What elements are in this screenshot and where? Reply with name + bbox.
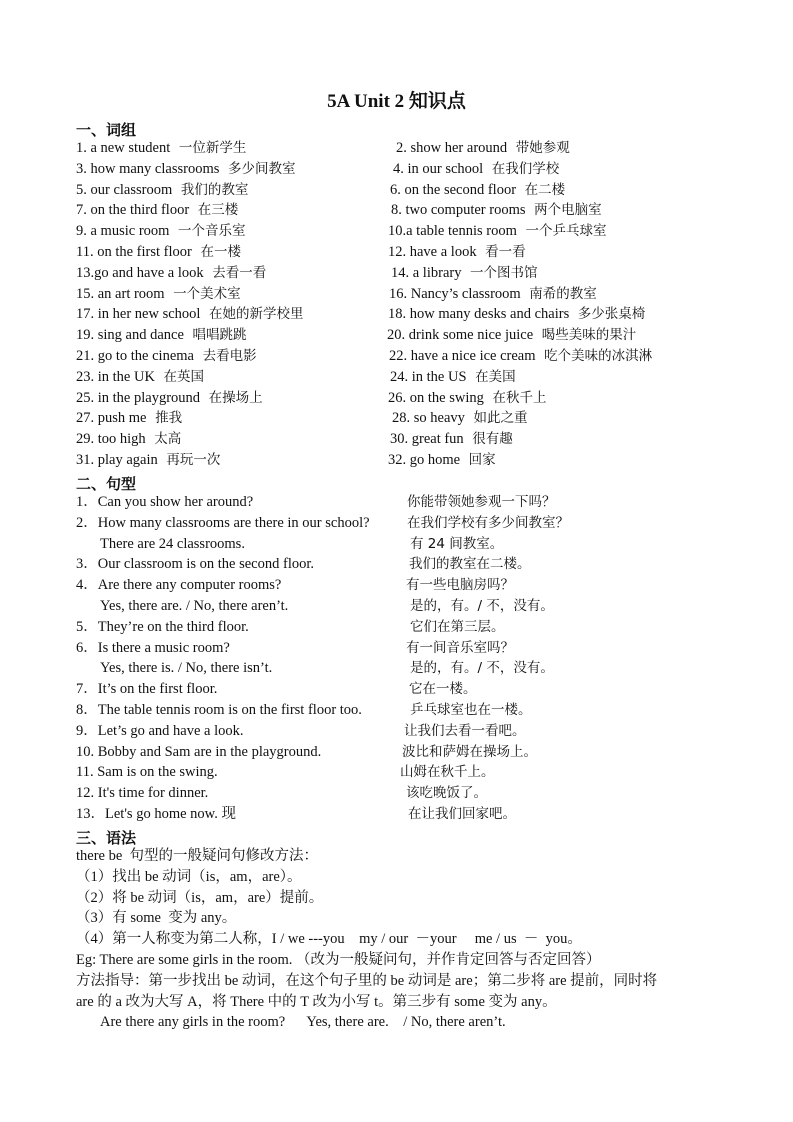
grammar-line: （2）将 be 动词（is，am，are）提前。 — [76, 889, 323, 907]
sentence-chinese: 波比和萨姆在操场上。 — [402, 743, 537, 761]
phrase-item: 29. too high 太高 — [76, 430, 181, 448]
phrase-item-chinese: 一个音乐室 — [169, 223, 245, 239]
sentence-chinese: 在让我们回家吧。 — [408, 805, 516, 823]
phrase-item: 16. Nancy’s classroom 南希的教室 — [389, 285, 597, 303]
phrase-item: 9. a music room 一个音乐室 — [76, 222, 246, 240]
sentence-item: 8．The table tennis room is on the first … — [76, 701, 793, 719]
sentence-english: Yes, there are. / No, there aren’t. — [100, 598, 288, 614]
sentence-english: 1．Can you show her around? — [76, 494, 253, 510]
phrase-item-chinese: 一位新学生 — [170, 140, 246, 156]
sentence-chinese: 是的，有。/ 不，没有。 — [410, 597, 554, 615]
sentence-chinese: 它们在第三层。 — [410, 618, 505, 636]
phrase-item-english: 13.go and have a look — [76, 265, 204, 281]
phrase-item: 4. in our school 在我们学校 — [393, 160, 559, 178]
phrase-item: 6. on the second floor 在二楼 — [390, 181, 565, 199]
phrase-item-english: 17. in her new school — [76, 306, 200, 322]
sentence-chinese: 有一些电脑房吗？ — [406, 576, 514, 594]
sentence-item: 12. It's time for dinner.该吃晚饭了。 — [76, 784, 793, 802]
sentence-item: Yes, there is. / No, there isn’t.是的，有。/ … — [100, 659, 793, 677]
grammar-line: 方法指导：第一步找出 be 动词，在这个句子里的 be 动词是 are；第二步将… — [76, 972, 657, 990]
grammar-line: （4）第一人称变为第二人称，I / we ---you my / our －yo… — [76, 930, 582, 948]
phrase-item-english: 24. in the US — [390, 369, 467, 385]
phrase-item: 12. have a look 看一看 — [388, 243, 526, 261]
phrase-item-chinese: 再玩一次 — [158, 452, 221, 468]
grammar-line: are 的 a 改为大写 A，将 There 中的 T 改为小写 t。第三步有 … — [76, 993, 557, 1011]
phrase-item-english: 31. play again — [76, 452, 158, 468]
sentence-item: 7．It’s on the first floor.它在一楼。 — [76, 680, 793, 698]
phrase-item-english: 32. go home — [388, 452, 460, 468]
phrase-item-english: 20. drink some nice juice — [387, 327, 533, 343]
phrase-item-chinese: 很有趣 — [464, 431, 513, 447]
phrase-item-english: 10.a table tennis room — [388, 223, 517, 239]
sentence-english: 13．Let's go home now. 现 — [76, 806, 236, 822]
phrase-item-english: 5. our classroom — [76, 182, 172, 198]
phrase-item: 7. on the third floor 在三楼 — [76, 201, 238, 219]
phrase-item-chinese: 一个美术室 — [165, 286, 241, 302]
sentence-english: Yes, there is. / No, there isn’t. — [100, 660, 272, 676]
page-title: 5A Unit 2 知识点 — [0, 86, 793, 113]
sentence-item: 6．Is there a music room?有一间音乐室吗？ — [76, 639, 793, 657]
sentence-item: 1．Can you show her around?你能带领她参观一下吗？ — [76, 493, 793, 511]
phrase-item-english: 2. show her around — [396, 140, 507, 156]
sentence-item: 11. Sam is on the swing.山姆在秋千上。 — [76, 763, 793, 781]
sentence-english: There are 24 classrooms. — [100, 536, 245, 552]
phrase-item-english: 22. have a nice ice cream — [389, 348, 536, 364]
sentence-item: 2．How many classrooms are there in our s… — [76, 514, 793, 532]
phrase-item: 27. push me 推我 — [76, 409, 182, 427]
phrase-item-english: 23. in the UK — [76, 369, 155, 385]
sentence-english: 3．Our classroom is on the second floor. — [76, 556, 314, 572]
sentence-chinese: 有 24 间教室。 — [410, 535, 503, 553]
grammar-line: （1）找出 be 动词（is，am，are）。 — [76, 868, 302, 886]
phrase-item-english: 16. Nancy’s classroom — [389, 286, 521, 302]
sentence-english: 11. Sam is on the swing. — [76, 764, 218, 780]
phrase-item-chinese: 喝些美味的果汁 — [533, 327, 636, 343]
phrase-item-english: 18. how many desks and chairs — [388, 306, 569, 322]
phrase-item-chinese: 如此之重 — [465, 410, 528, 426]
phrase-item-english: 9. a music room — [76, 223, 169, 239]
phrase-item: 26. on the swing 在秋千上 — [388, 389, 546, 407]
sentence-chinese: 有一间音乐室吗？ — [406, 639, 514, 657]
phrase-item: 30. great fun 很有趣 — [390, 430, 513, 448]
sentence-item: 5．They’re on the third floor.它们在第三层。 — [76, 618, 793, 636]
phrase-item: 18. how many desks and chairs 多少张桌椅 — [388, 305, 645, 323]
phrase-item-chinese: 在一楼 — [192, 244, 241, 260]
phrase-item: 23. in the UK 在英国 — [76, 368, 204, 386]
sentence-english: 9．Let’s go and have a look. — [76, 723, 244, 739]
sentence-chinese: 它在一楼。 — [409, 680, 477, 698]
phrase-item: 2. show her around 带她参观 — [396, 139, 570, 157]
grammar-line: Eg: There are some girls in the room. （改… — [76, 951, 601, 969]
phrase-item-english: 29. too high — [76, 431, 146, 447]
sentence-english: 12. It's time for dinner. — [76, 785, 208, 801]
phrase-item: 15. an art room 一个美术室 — [76, 285, 241, 303]
grammar-line: Are there any girls in the room? Yes, th… — [100, 1013, 506, 1031]
grammar-line: （3）有 some 变为 any。 — [76, 909, 236, 927]
sentence-chinese: 山姆在秋千上。 — [400, 763, 495, 781]
phrase-item-chinese: 在我们学校 — [483, 161, 559, 177]
sentence-item: 3．Our classroom is on the second floor.我… — [76, 555, 793, 573]
phrase-item-english: 12. have a look — [388, 244, 477, 260]
phrase-item-english: 14. a library — [391, 265, 461, 281]
grammar-line: there be 句型的一般疑问句修改方法： — [76, 847, 318, 865]
phrase-item-english: 6. on the second floor — [390, 182, 516, 198]
phrase-item-english: 19. sing and dance — [76, 327, 184, 343]
phrase-item: 21. go to the cinema 去看电影 — [76, 347, 257, 365]
phrase-item-chinese: 多少间教室 — [219, 161, 295, 177]
phrase-item: 28. so heavy 如此之重 — [392, 409, 527, 427]
sentence-chinese: 该吃晚饭了。 — [406, 784, 487, 802]
phrase-item: 24. in the US 在美国 — [390, 368, 516, 386]
phrase-item-chinese: 两个电脑室 — [526, 202, 602, 218]
sentence-item: 13．Let's go home now. 现在让我们回家吧。 — [76, 805, 793, 823]
sentence-item: There are 24 classrooms.有 24 间教室。 — [100, 535, 793, 553]
sentence-item: Yes, there are. / No, there aren’t.是的，有。… — [100, 597, 793, 615]
sentence-english: 6．Is there a music room? — [76, 640, 230, 656]
sentence-english: 10. Bobby and Sam are in the playground. — [76, 744, 321, 760]
phrase-item-chinese: 在英国 — [155, 369, 204, 385]
phrase-item: 31. play again 再玩一次 — [76, 451, 220, 469]
phrase-item: 10.a table tennis room 一个乒乓球室 — [388, 222, 606, 240]
sentence-english: 5．They’re on the third floor. — [76, 619, 249, 635]
phrase-item-chinese: 在她的新学校里 — [200, 306, 303, 322]
sentence-english: 8．The table tennis room is on the first … — [76, 702, 362, 718]
phrase-item-english: 3. how many classrooms — [76, 161, 219, 177]
phrase-item: 20. drink some nice juice 喝些美味的果汁 — [387, 326, 636, 344]
phrase-item: 3. how many classrooms 多少间教室 — [76, 160, 295, 178]
sentence-english: 7．It’s on the first floor. — [76, 681, 217, 697]
phrase-item: 8. two computer rooms 两个电脑室 — [391, 201, 602, 219]
sentence-item: 9．Let’s go and have a look.让我们去看一看吧。 — [76, 722, 793, 740]
sentence-chinese: 乒乓球室也在一楼。 — [410, 701, 532, 719]
phrase-item-english: 26. on the swing — [388, 390, 484, 406]
phrase-item: 14. a library 一个图书馆 — [391, 264, 538, 282]
phrase-item-english: 4. in our school — [393, 161, 483, 177]
phrase-item-chinese: 看一看 — [477, 244, 526, 260]
phrase-item-chinese: 一个乒乓球室 — [517, 223, 607, 239]
phrase-item-chinese: 多少张桌椅 — [569, 306, 645, 322]
phrase-item-english: 8. two computer rooms — [391, 202, 526, 218]
phrase-item: 32. go home 回家 — [388, 451, 496, 469]
phrase-item: 13.go and have a look 去看一看 — [76, 264, 266, 282]
phrase-item-english: 21. go to the cinema — [76, 348, 194, 364]
phrase-item: 22. have a nice ice cream 吃个美味的冰淇淋 — [389, 347, 652, 365]
phrase-item-chinese: 南希的教室 — [521, 286, 597, 302]
phrase-item: 25. in the playground 在操场上 — [76, 389, 263, 407]
phrase-item-english: 15. an art room — [76, 286, 165, 302]
sentence-chinese: 让我们去看一看吧。 — [404, 722, 526, 740]
phrase-item-chinese: 带她参观 — [507, 140, 570, 156]
section-heading-sentences: 二、句型 — [76, 473, 136, 494]
phrase-item-chinese: 唱唱跳跳 — [184, 327, 247, 343]
phrase-item: 1. a new student 一位新学生 — [76, 139, 246, 157]
phrase-item-english: 28. so heavy — [392, 410, 465, 426]
sentence-chinese: 是的，有。/ 不，没有。 — [410, 659, 554, 677]
phrase-item-chinese: 在美国 — [467, 369, 516, 385]
phrase-item: 17. in her new school 在她的新学校里 — [76, 305, 304, 323]
phrase-item-chinese: 去看电影 — [194, 348, 257, 364]
section-heading-phrases: 一、词组 — [76, 119, 136, 140]
phrase-item-chinese: 在三楼 — [189, 202, 238, 218]
section-heading-grammar: 三、语法 — [76, 827, 136, 848]
sentence-english: 2．How many classrooms are there in our s… — [76, 515, 370, 531]
sentence-item: 4．Are there any computer rooms?有一些电脑房吗？ — [76, 576, 793, 594]
phrase-item-chinese: 我们的教室 — [172, 182, 248, 198]
phrase-item-chinese: 在二楼 — [516, 182, 565, 198]
phrase-item: 11. on the first floor 在一楼 — [76, 243, 241, 261]
sentence-item: 10. Bobby and Sam are in the playground.… — [76, 743, 793, 761]
phrase-item-chinese: 推我 — [146, 410, 182, 426]
sentence-chinese: 我们的教室在二楼。 — [409, 555, 531, 573]
phrase-item-chinese: 一个图书馆 — [461, 265, 537, 281]
phrase-item-chinese: 太高 — [146, 431, 182, 447]
phrase-item-english: 25. in the playground — [76, 390, 200, 406]
phrase-item-english: 11. on the first floor — [76, 244, 192, 260]
phrase-item-chinese: 吃个美味的冰淇淋 — [536, 348, 653, 364]
phrase-item: 5. our classroom 我们的教室 — [76, 181, 248, 199]
phrase-item-chinese: 去看一看 — [204, 265, 267, 281]
phrase-item-english: 30. great fun — [390, 431, 464, 447]
sentence-chinese: 在我们学校有多少间教室？ — [407, 514, 569, 532]
sentence-english: 4．Are there any computer rooms? — [76, 577, 281, 593]
phrase-item-english: 7. on the third floor — [76, 202, 189, 218]
sentence-chinese: 你能带领她参观一下吗？ — [407, 493, 556, 511]
phrase-item-english: 1. a new student — [76, 140, 170, 156]
phrase-item-chinese: 回家 — [460, 452, 496, 468]
phrase-item-english: 27. push me — [76, 410, 146, 426]
phrase-item: 19. sing and dance 唱唱跳跳 — [76, 326, 247, 344]
phrase-item-chinese: 在操场上 — [200, 390, 263, 406]
phrase-item-chinese: 在秋千上 — [484, 390, 547, 406]
